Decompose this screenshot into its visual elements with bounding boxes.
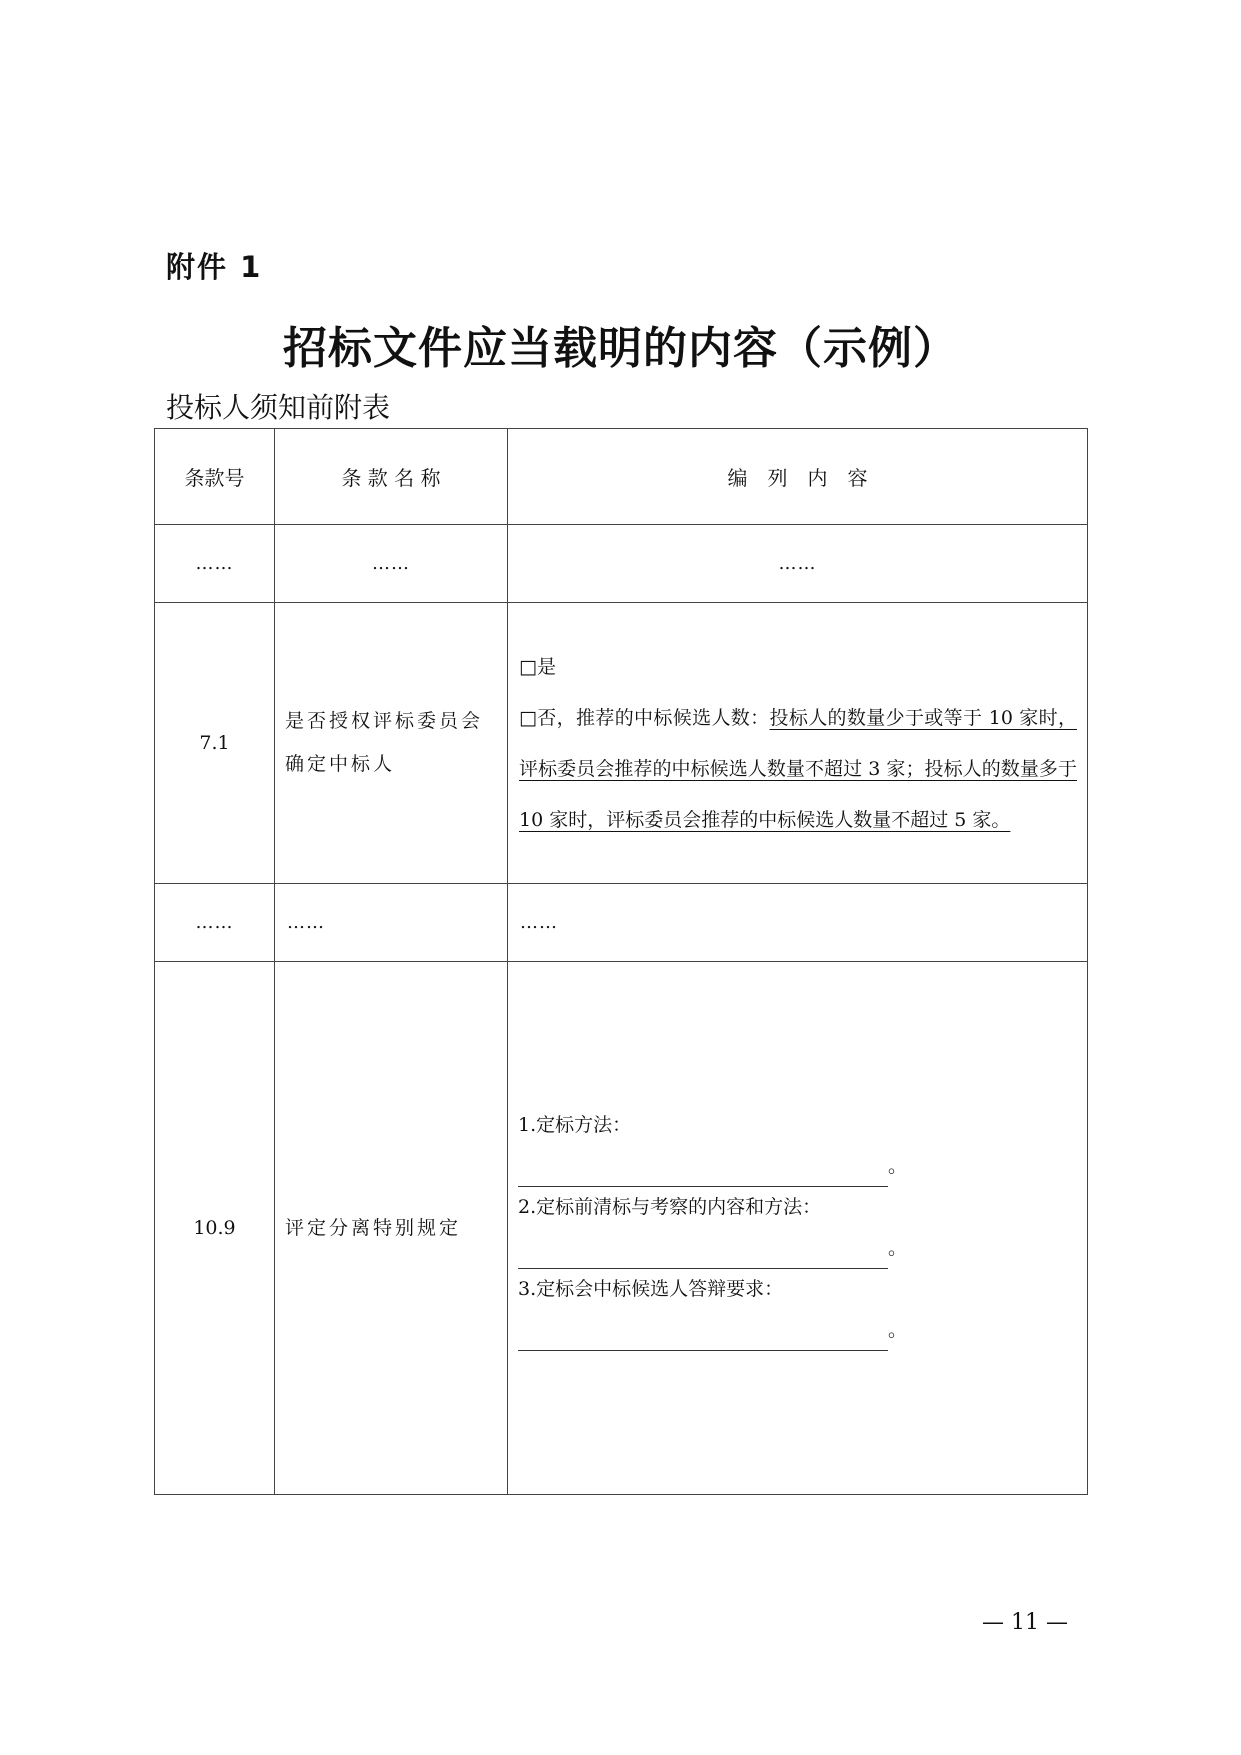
cell-content: □是 □否，推荐的中标候选人数：投标人的数量少于或等于 10 家时，评标委员会推… bbox=[508, 603, 1088, 884]
table-row: …… …… …… bbox=[155, 884, 1088, 962]
table-subtitle: 投标人须知前附表 bbox=[166, 386, 390, 426]
header-clause-name: 条 款 名 称 bbox=[275, 429, 508, 525]
option-no-checkbox: □否，推荐的中标候选人数：投标人的数量少于或等于 10 家时，评标委员会推荐的中… bbox=[519, 693, 1077, 846]
table-row: 10.9 评定分离特别规定 1.定标方法： 。 2.定标前清标与考察的内容和方法… bbox=[155, 962, 1088, 1495]
cell-clause-no: 10.9 bbox=[155, 962, 275, 1495]
cell-clause-name: 评定分离特别规定 bbox=[275, 962, 508, 1495]
blank-line bbox=[518, 1238, 888, 1269]
item-label: 1.定标方法： bbox=[518, 1105, 1077, 1146]
cell-content: …… bbox=[508, 525, 1088, 603]
fill-in-line: 。 bbox=[518, 1310, 1077, 1351]
attachment-label: 附件 1 bbox=[166, 245, 262, 286]
table-header-row: 条款号 条 款 名 称 编 列 内 容 bbox=[155, 429, 1088, 525]
table-row: …… …… …… bbox=[155, 525, 1088, 603]
cell-clause-no: 7.1 bbox=[155, 603, 275, 884]
option-no-prefix: □否，推荐的中标候选人数： bbox=[519, 707, 770, 729]
cell-clause-no: …… bbox=[155, 884, 275, 962]
cell-content: 1.定标方法： 。 2.定标前清标与考察的内容和方法： 。 3.定标会中标候选人… bbox=[508, 962, 1088, 1495]
item-label: 3.定标会中标候选人答辩要求： bbox=[518, 1269, 1077, 1310]
document-title: 招标文件应当载明的内容（示例） bbox=[0, 312, 1241, 376]
cell-content: …… bbox=[508, 884, 1088, 962]
page-number: — 11 — bbox=[982, 1610, 1068, 1635]
table-row: 7.1 是否授权评标委员会确定中标人 □是 □否，推荐的中标候选人数：投标人的数… bbox=[155, 603, 1088, 884]
cell-clause-name: …… bbox=[275, 525, 508, 603]
item-label: 2.定标前清标与考察的内容和方法： bbox=[518, 1187, 1077, 1228]
cell-clause-name: …… bbox=[275, 884, 508, 962]
header-clause-no: 条款号 bbox=[155, 429, 275, 525]
fill-in-line: 。 bbox=[518, 1146, 1077, 1187]
cell-clause-name: 是否授权评标委员会确定中标人 bbox=[275, 603, 508, 884]
fill-in-line: 。 bbox=[518, 1228, 1077, 1269]
bidder-instructions-table: 条款号 条 款 名 称 编 列 内 容 …… …… …… 7.1 是否授权评标委… bbox=[154, 428, 1088, 1495]
cell-clause-no: …… bbox=[155, 525, 275, 603]
blank-line bbox=[518, 1320, 888, 1351]
blank-line bbox=[518, 1156, 888, 1187]
option-yes-checkbox: □是 bbox=[519, 642, 1077, 693]
header-content: 编 列 内 容 bbox=[508, 429, 1088, 525]
